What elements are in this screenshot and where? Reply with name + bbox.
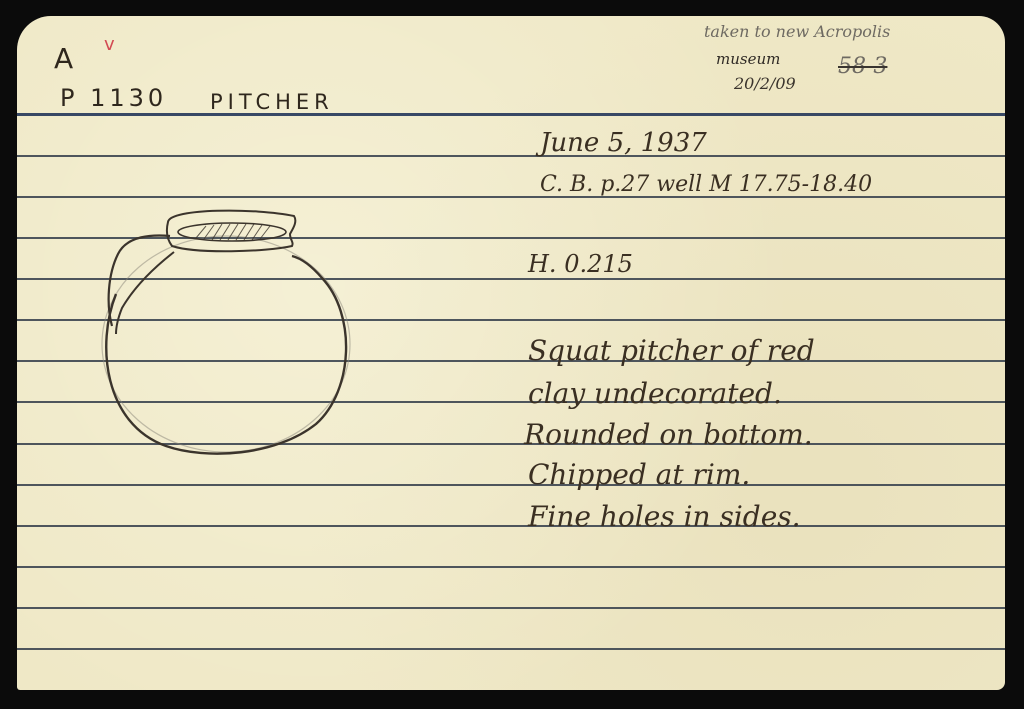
grade-letter: A — [54, 42, 77, 75]
description-line: Fine holes in sides. — [528, 500, 801, 533]
pitcher-sketch-icon — [86, 194, 366, 466]
ruled-line — [17, 607, 1005, 609]
entry-height: H. 0.215 — [528, 250, 633, 278]
ruled-line — [17, 525, 1005, 527]
pencil-note-date: 20/2/09 — [734, 74, 796, 93]
ruled-line — [17, 648, 1005, 650]
description-line: Chipped at rim. — [528, 458, 750, 491]
entry-reference: C. B. p.27 well M 17.75-18.40 — [540, 172, 872, 197]
catalog-number: P 1130 — [60, 84, 167, 112]
description-line: Squat pitcher of red — [528, 334, 815, 367]
entry-date: June 5, 1937 — [540, 128, 707, 158]
pencil-note-line2: museum — [716, 50, 780, 68]
description-line: clay undecorated. — [528, 377, 782, 410]
check-mark: v — [104, 34, 115, 55]
ruled-line — [17, 566, 1005, 568]
header-rule — [17, 113, 1005, 116]
ruled-line — [17, 484, 1005, 486]
description-line: Rounded on bottom. — [524, 418, 813, 451]
object-name: PITCHER — [210, 90, 334, 114]
struck-number: 58-3 — [838, 54, 887, 79]
ruled-line — [17, 155, 1005, 157]
pencil-note-line1: taken to new Acropolis — [704, 22, 890, 41]
